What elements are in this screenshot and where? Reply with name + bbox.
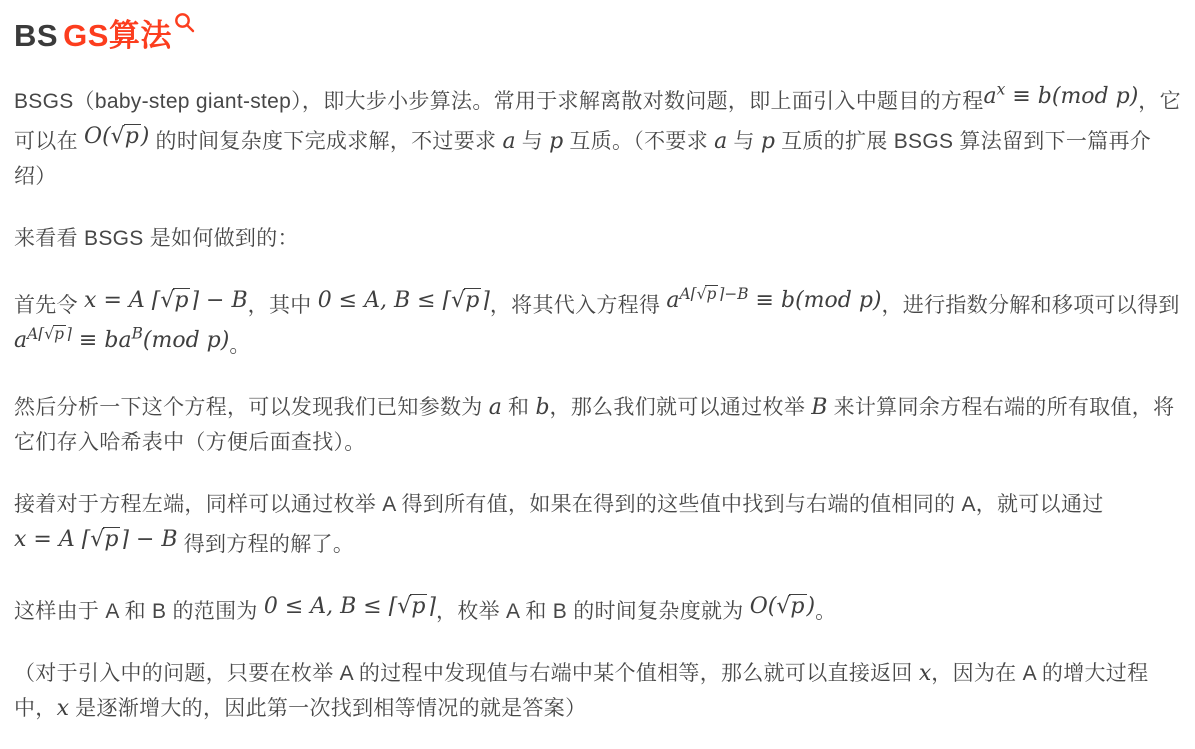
math-formula: a [489, 395, 502, 420]
article-content: BSGS（baby-step giant-step），即大步小步算法。常用于求解… [14, 79, 1181, 726]
math-formula: p [549, 129, 563, 154]
title-highlight: GS算法 [63, 18, 172, 53]
paragraph-7: （对于引入中的问题，只要在枚举 A 的过程中发现值与右端中某个值相等，那么就可以… [14, 656, 1181, 726]
text-run: 得到方程的解了。 [178, 533, 355, 556]
math-formula: 0 ≤ A, B ≤ ⌈√p⌉ [264, 594, 436, 619]
text-run: 首先令 [14, 294, 84, 317]
text-run: 来看看 BSGS 是如何做到的： [14, 227, 299, 250]
paragraph-2: 来看看 BSGS 是如何做到的： [14, 221, 1181, 256]
sqrt-radical: √p [451, 283, 481, 318]
math-formula: B [811, 395, 827, 420]
text-run: 然后分析一下这个方程，可以发现我们已知参数为 [14, 396, 489, 419]
math-formula: O(√p) [750, 594, 815, 619]
text-run: 接着对于方程左端，同样可以通过枚举 A 得到所有值，如果在得到的这些值中找到与右… [14, 493, 1104, 516]
text-run: 与 [727, 130, 761, 153]
math-formula: x [919, 661, 931, 686]
article-page: BSGS算法 BSGS（baby-step giant-step），即大步小步算… [0, 0, 1195, 736]
sqrt-radical: √p [90, 522, 120, 557]
text-run: 是逐渐增大的，因此第一次找到相等情况的就是答案） [69, 697, 586, 720]
text-run: 这样由于 A 和 B 的范围为 [14, 600, 264, 623]
sqrt-radical: √p [397, 589, 427, 624]
text-run: ，那么我们就可以通过枚举 [550, 396, 812, 419]
math-formula: a [502, 129, 515, 154]
math-formula: O(√p) [84, 124, 149, 149]
text-run: ，其中 [248, 294, 318, 317]
text-run: （对于引入中的问题，只要在枚举 A 的过程中发现值与右端中某个值相等，那么就可以… [14, 662, 919, 685]
paragraph-6: 这样由于 A 和 B 的范围为 0 ≤ A, B ≤ ⌈√p⌉，枚举 A 和 B… [14, 589, 1181, 629]
sqrt-radical: √p [44, 325, 66, 343]
paragraph-5: 接着对于方程左端，同样可以通过枚举 A 得到所有值，如果在得到的这些值中找到与右… [14, 487, 1181, 562]
text-run: 。 [229, 334, 250, 357]
math-formula: x [57, 696, 69, 721]
search-icon[interactable] [174, 12, 195, 33]
math-formula: x = A ⌈√p⌉ − B [14, 527, 178, 552]
paragraph-4: 然后分析一下这个方程，可以发现我们已知参数为 a 和 b，那么我们就可以通过枚举… [14, 390, 1181, 460]
sqrt-radical: √p [111, 119, 141, 154]
text-run: BSGS（baby-step giant-step），即大步小步算法。常用于求解… [14, 90, 984, 113]
math-formula: 0 ≤ A, B ≤ ⌈√p⌉ [318, 288, 490, 313]
text-run: 与 [516, 130, 550, 153]
math-formula: ax ≡ b(mod p) [984, 84, 1139, 109]
text-run: 互质。（不要求 [563, 130, 714, 153]
text-run: 和 [502, 396, 536, 419]
math-formula: a [714, 129, 727, 154]
paragraph-3: 首先令 x = A ⌈√p⌉ − B，其中 0 ≤ A, B ≤ ⌈√p⌉，将其… [14, 283, 1181, 363]
text-run: ，将其代入方程得 [490, 294, 667, 317]
text-run: ，进行指数分解和移项可以得到 [882, 294, 1180, 317]
text-run: 的时间复杂度下完成求解，不过要求 [149, 130, 502, 153]
math-formula: p [761, 129, 775, 154]
sqrt-radical: √p [776, 589, 806, 624]
sqrt-radical: √p [697, 285, 719, 303]
math-formula: b [535, 395, 549, 420]
text-run: ，枚举 A 和 B 的时间复杂度就为 [436, 600, 750, 623]
text-run: 。 [815, 600, 836, 623]
math-formula: aA⌈√p⌉−B ≡ b(mod p) [666, 288, 881, 313]
paragraph-1: BSGS（baby-step giant-step），即大步小步算法。常用于求解… [14, 79, 1181, 194]
title-text: BS [14, 18, 58, 53]
page-title: BSGS算法 [14, 10, 1181, 55]
sqrt-radical: √p [160, 283, 190, 318]
math-formula: x = A ⌈√p⌉ − B [84, 288, 248, 313]
math-formula: aA⌈√p⌉ ≡ baB(mod p) [14, 328, 229, 353]
